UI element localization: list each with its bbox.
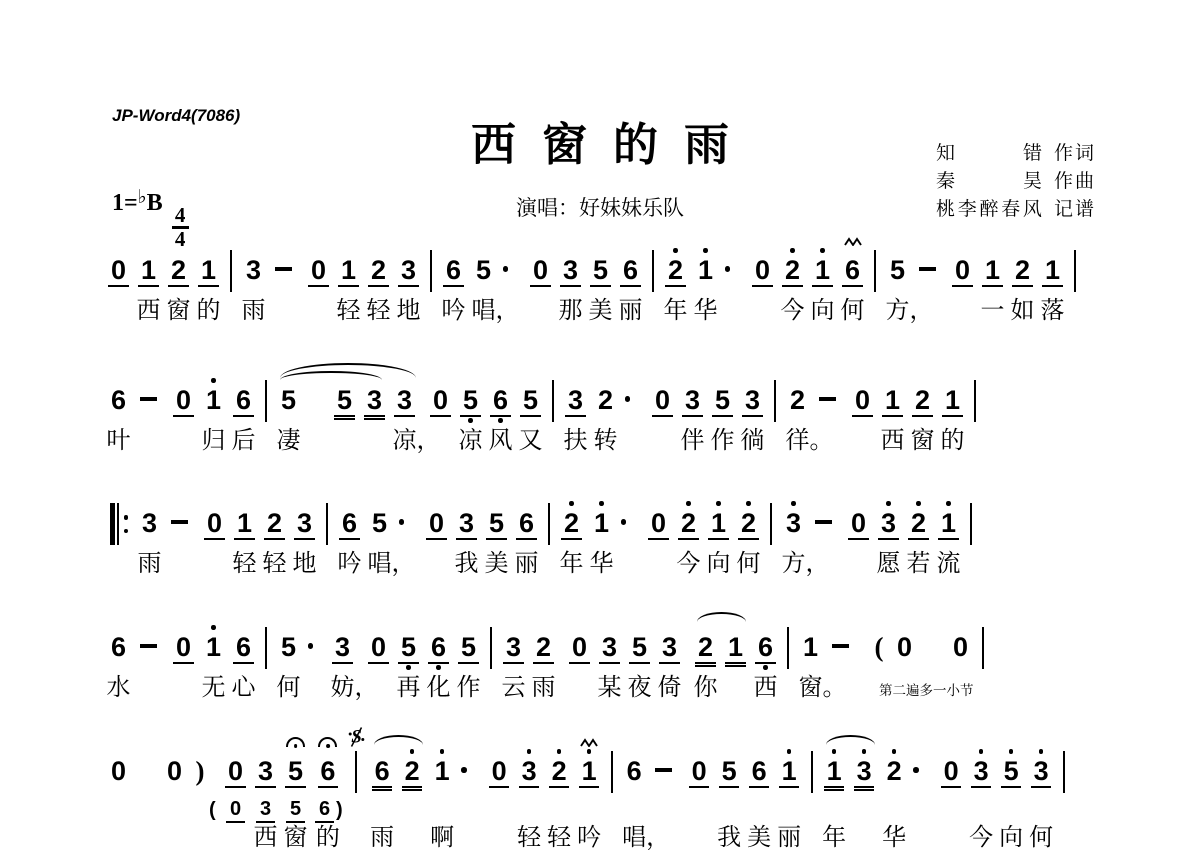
note: 1的 <box>940 361 965 456</box>
octave-above-zone <box>717 747 742 756</box>
glyph-zone: 3 <box>597 632 622 662</box>
glyph-zone: 2 <box>663 255 688 285</box>
glyph-zone: 0 <box>646 508 671 538</box>
octave-above-zone <box>313 747 343 756</box>
note-digit: 6 <box>755 632 775 664</box>
glyph-zone: 5 <box>276 385 301 415</box>
note-digit: 6 <box>490 385 510 417</box>
octave-above-zone <box>811 499 835 508</box>
glyph-zone <box>723 255 732 285</box>
glyph-zone: 5 <box>283 756 308 786</box>
glyph-zone: 5 <box>456 632 481 662</box>
lyric: 落 <box>1040 296 1065 326</box>
note: 5唱， <box>367 484 392 579</box>
rest-note: 0 <box>948 608 973 703</box>
barline-stroke <box>326 503 328 545</box>
note-digit: 0 <box>426 508 446 540</box>
note: 1窗。 <box>798 608 823 703</box>
note-digit: 2 <box>738 508 758 540</box>
octave-below-zone <box>892 662 917 673</box>
ornament-zone <box>563 361 588 376</box>
lyric: 你 <box>693 673 718 703</box>
barline <box>870 231 880 326</box>
alt-voice-zone <box>807 797 817 823</box>
ornament-zone <box>488 361 513 376</box>
note: 6叶 <box>106 361 131 456</box>
glyph-zone: ( <box>871 632 887 662</box>
note-digit: 3 <box>1031 756 1051 788</box>
octave-above-zone <box>454 499 479 508</box>
barline <box>322 484 332 579</box>
glyph-zone: 3 <box>558 255 583 285</box>
note-digit: 1 <box>942 385 962 417</box>
ornament-zone <box>1070 231 1080 246</box>
lyric <box>750 296 775 326</box>
note-digit: 5 <box>887 255 907 285</box>
note-digit: 1 <box>708 508 728 540</box>
note: 5美 <box>484 484 509 579</box>
lyric: 西 <box>253 823 278 850</box>
note: 3雨 <box>137 484 162 579</box>
note-digit: 1 <box>432 756 452 786</box>
ornament-zone <box>306 231 331 246</box>
lyric: 作 <box>710 426 735 456</box>
note-digit: 3 <box>599 632 619 664</box>
ornament-zone <box>544 484 554 499</box>
ornament-zone <box>471 231 496 246</box>
octave-above-zone <box>136 246 161 255</box>
octave-above-zone <box>430 747 455 756</box>
glyph-zone: 5 <box>396 632 421 662</box>
note: 1啊 <box>430 732 455 850</box>
octave-above-zone <box>693 623 718 632</box>
note-digit: 3 <box>456 508 476 540</box>
note-digit: 3 <box>560 255 580 287</box>
note-digit: 6 <box>842 255 862 287</box>
ornament-zone <box>262 484 287 499</box>
note-digit: 0 <box>652 385 672 417</box>
repeat-start-sign <box>106 484 132 579</box>
alt-voice-zone <box>430 797 455 823</box>
octave-above-zone <box>693 246 718 255</box>
ornament-zone <box>940 361 965 376</box>
octave-above-zone <box>777 747 802 756</box>
note: 3伴 <box>680 361 705 456</box>
octave-below-zone <box>167 538 191 549</box>
ornament-zone <box>717 732 742 747</box>
octave-below-zone <box>192 786 208 797</box>
note-digit: 3 <box>565 385 585 417</box>
lyric: 年 <box>663 296 688 326</box>
ornament-zone <box>780 231 805 246</box>
lyric: 水 <box>106 673 131 703</box>
note-digit: 5 <box>520 385 540 417</box>
lyric: 何 <box>736 549 761 579</box>
note: 2 <box>400 732 425 850</box>
octave-below-zone <box>912 786 921 797</box>
glyph-zone <box>486 632 496 662</box>
ornament-zone <box>970 361 980 376</box>
alt-voice-zone <box>852 797 877 823</box>
octave-dot-above <box>527 749 532 754</box>
octave-below-zone <box>137 538 162 549</box>
octave-dot-below <box>406 665 411 670</box>
note-digit: 0 <box>108 255 128 287</box>
glyph-zone: 6 <box>337 508 362 538</box>
glyph-zone: 6 <box>514 508 539 538</box>
lyric: 何 <box>276 673 301 703</box>
octave-dot-above <box>820 248 825 253</box>
glyph-zone <box>271 255 295 285</box>
ornament-zone <box>366 608 391 623</box>
octave-below-zone <box>136 415 160 426</box>
ornament-zone <box>1029 732 1054 747</box>
ornament-zone <box>231 361 256 376</box>
ornament-zone <box>652 732 676 747</box>
alt-voice-zone <box>999 797 1024 823</box>
lyric <box>567 673 592 703</box>
lyric <box>106 549 132 579</box>
note-digit: 2 <box>1012 255 1032 287</box>
dash-stroke <box>815 520 832 524</box>
lyric: 美 <box>484 549 509 579</box>
note-digit: 2 <box>368 255 388 287</box>
octave-below-zone <box>622 786 647 797</box>
glyph-zone: 5 <box>367 508 392 538</box>
glyph-zone: 2 <box>736 508 761 538</box>
note-digit: 2 <box>787 385 807 415</box>
ornament-zone <box>202 484 227 499</box>
glyph-zone: 6 <box>231 385 256 415</box>
score: 01西2窗1的3雨01轻2轻3地6吟5唱，03那5美6丽2年1华02今1向6何5… <box>0 0 1200 850</box>
barline-stroke <box>811 751 813 793</box>
glyph-zone: 3 <box>362 385 387 415</box>
octave-above-zone <box>488 376 513 385</box>
ornament-zone <box>397 484 406 499</box>
ornament-zone <box>588 231 613 246</box>
ornament-zone <box>980 231 1005 246</box>
note-digit: 3 <box>971 756 991 788</box>
glyph-zone: 3 <box>1029 756 1054 786</box>
octave-dot-above <box>916 501 921 506</box>
octave-above-zone <box>559 499 584 508</box>
glyph-zone: 0 <box>567 632 592 662</box>
note-digit: 3 <box>294 508 314 540</box>
octave-above-zone <box>940 376 965 385</box>
glyph-zone: 1 <box>777 756 802 786</box>
ornament-zone <box>589 484 614 499</box>
glyph-zone <box>167 508 191 538</box>
glyph-zone <box>136 385 160 415</box>
glyph-zone <box>106 508 132 538</box>
octave-above-zone <box>663 246 688 255</box>
note-digit: 0 <box>173 632 193 664</box>
lyric <box>424 549 449 579</box>
note-digit: 2 <box>665 255 685 287</box>
octave-dot-above <box>569 501 574 506</box>
octave-above-zone <box>623 376 632 385</box>
octave-above-zone <box>484 499 509 508</box>
lyric <box>807 823 817 850</box>
glyph-zone: 5 <box>458 385 483 415</box>
lyric: 向 <box>810 296 835 326</box>
octave-above-zone <box>680 376 705 385</box>
lyric: 唱， <box>622 823 647 850</box>
octave-below-zone <box>882 786 907 797</box>
glyph-zone: 2 <box>785 385 810 415</box>
alt-close-paren: ) <box>336 798 343 822</box>
note-digit: 2 <box>264 508 284 540</box>
glyph-zone: 2 <box>693 632 718 662</box>
rest-note: 0(0 <box>223 732 248 850</box>
barline-stroke <box>265 627 267 669</box>
octave-below-zone <box>162 786 187 797</box>
octave-below-zone <box>811 538 835 549</box>
rest-note: 0 <box>687 732 712 850</box>
glyph-zone: 2 <box>910 385 935 415</box>
lyric: 西 <box>880 426 905 456</box>
lyric: 风 <box>488 426 513 456</box>
note-digit: 1 <box>198 255 218 287</box>
glyph-zone <box>978 632 988 662</box>
barline <box>766 484 776 579</box>
glyph-zone: 3 <box>454 508 479 538</box>
barline-stroke <box>355 751 357 793</box>
lyric <box>939 823 964 850</box>
note: 6何 <box>840 231 865 326</box>
ornament-zone <box>517 732 542 747</box>
octave-above-zone <box>456 623 481 632</box>
note-digit: 3 <box>364 385 384 417</box>
lyric <box>136 673 160 703</box>
lyric <box>828 673 852 703</box>
note-digit: 1 <box>812 255 832 287</box>
rest-note: 0 <box>567 608 592 703</box>
barline <box>544 484 554 579</box>
note: 3扶 <box>563 361 588 456</box>
alt-note-digit: 5 <box>286 797 305 823</box>
octave-below-zone <box>693 285 718 296</box>
rest-note: 0 <box>650 361 675 456</box>
augmentation-dot <box>460 732 469 850</box>
dash-stroke <box>655 768 672 772</box>
glyph-zone: 6 <box>622 756 647 786</box>
ornament-zone <box>892 608 917 623</box>
ornament-zone <box>276 608 301 623</box>
glyph-zone: 1 <box>936 508 961 538</box>
glyph-zone: 5 <box>717 756 742 786</box>
ornament-zone <box>106 732 131 747</box>
glyph-zone <box>348 756 365 786</box>
note: 3方， <box>781 484 806 579</box>
note-digit: 0 <box>164 756 184 786</box>
ornament-zone <box>558 231 583 246</box>
lyric <box>650 426 675 456</box>
lyric <box>1070 296 1080 326</box>
alt-voice-zone <box>687 797 712 823</box>
octave-below-zone <box>471 285 496 296</box>
note-digit: 3 <box>742 385 762 417</box>
ornament-zone <box>966 484 976 499</box>
octave-above-zone <box>618 246 643 255</box>
note-digit: 3 <box>682 385 702 417</box>
octave-dot-above <box>599 501 604 506</box>
note-digit: 1 <box>800 632 820 662</box>
note-digit: 2 <box>782 255 802 287</box>
ornament-zone <box>501 608 526 623</box>
octave-above-zone <box>271 246 295 255</box>
ornament-zone <box>915 231 939 246</box>
octave-above-zone <box>396 623 421 632</box>
note-digit: 0 <box>848 508 868 540</box>
octave-below-zone <box>306 662 315 673</box>
barline-stroke <box>874 250 876 292</box>
glyph-zone: 1 <box>706 508 731 538</box>
glyph-zone: 5 <box>710 385 735 415</box>
lyric <box>171 673 196 703</box>
lyric <box>646 549 671 579</box>
octave-above-zone <box>747 747 772 756</box>
glyph-zone: 3 <box>969 756 994 786</box>
glyph-zone: 2 <box>676 508 701 538</box>
octave-dot-above <box>673 248 678 253</box>
ornament-zone <box>136 608 160 623</box>
note-digit: 6 <box>318 756 338 788</box>
octave-above-zone <box>136 376 160 385</box>
glyph-zone: 2 <box>531 632 556 662</box>
glyph-zone <box>828 632 852 662</box>
barline <box>1059 732 1069 850</box>
lyric: 伴 <box>680 426 705 456</box>
ornament-zone <box>663 231 688 246</box>
ornament-zone <box>106 361 131 376</box>
octave-above-zone <box>810 246 835 255</box>
rest-note: 0 <box>646 484 671 579</box>
ornament-zone <box>528 231 553 246</box>
glyph-zone: 3 <box>292 508 317 538</box>
lyric: 那 <box>558 296 583 326</box>
glyph-zone <box>619 508 628 538</box>
note: 3云 <box>501 608 526 703</box>
lyric <box>966 549 976 579</box>
note-digit: 2 <box>884 756 904 786</box>
octave-above-zone <box>137 499 162 508</box>
note-digit: 5 <box>285 756 305 788</box>
lyric: 何 <box>1029 823 1054 850</box>
lyric: 今 <box>676 549 701 579</box>
lyric <box>348 823 365 850</box>
note: 2今 <box>780 231 805 326</box>
lyric: 归 <box>201 426 226 456</box>
note: 6后 <box>231 361 256 456</box>
lyric <box>332 426 357 456</box>
note: 3雨 <box>241 231 266 326</box>
lyric: 西 <box>136 296 161 326</box>
glyph-zone: 2 <box>366 255 391 285</box>
lyric <box>548 426 558 456</box>
lyric <box>171 426 196 456</box>
note-digit: 0 <box>852 385 872 417</box>
octave-above-zone <box>428 376 453 385</box>
glyph-zone: 1 <box>723 632 748 662</box>
glyph-zone: 6 <box>441 255 466 285</box>
ornament-zone <box>514 484 539 499</box>
glyph-zone <box>783 632 793 662</box>
sheet-music-page: JP-Word4(7086) 西窗的雨 演唱：好妹妹乐队 知错作词秦昊作曲桃李醉… <box>0 0 1200 850</box>
lyric: 徉。 <box>785 426 810 456</box>
alt-voice-zone <box>652 797 676 823</box>
octave-below-zone <box>781 538 806 549</box>
note: 5作 <box>456 608 481 703</box>
ornament-zone <box>648 231 658 246</box>
ornament-zone <box>950 231 975 246</box>
note-digit: 0 <box>173 385 193 417</box>
ornament-zone <box>292 484 317 499</box>
note: 1轻 <box>336 231 361 326</box>
ornament-zone <box>1010 231 1035 246</box>
octave-dot-above <box>862 749 867 754</box>
octave-below-zone <box>885 285 910 296</box>
note: 6丽 <box>514 484 539 579</box>
lyric <box>322 549 332 579</box>
glyph-zone: 6 <box>313 756 343 786</box>
glyph-zone <box>770 385 780 415</box>
note-digit: 5 <box>460 385 480 417</box>
lyric: 夜 <box>627 673 652 703</box>
alt-voice-zone <box>370 797 395 823</box>
lyric <box>948 673 973 703</box>
glyph-zone: 0 <box>687 756 712 786</box>
glyph-zone: 0 <box>948 632 973 662</box>
ornament-zone <box>969 732 994 747</box>
octave-below-zone <box>915 285 939 296</box>
lyric <box>623 426 632 456</box>
augmentation-dot <box>623 361 632 456</box>
ornament-zone <box>226 231 236 246</box>
alt-voice-zone <box>192 797 208 823</box>
note-digit: 6 <box>749 756 769 788</box>
octave-below-zone <box>276 415 301 426</box>
glyph-zone: 3 <box>501 632 526 662</box>
ornament-zone <box>706 484 731 499</box>
ornament-zone <box>906 484 931 499</box>
note-digit: 2 <box>402 756 422 788</box>
lyric <box>815 426 839 456</box>
ornament-zone <box>261 608 271 623</box>
glyph-zone: 0 <box>846 508 871 538</box>
ornament-zone <box>871 608 887 623</box>
glyph-zone: 5 <box>999 756 1024 786</box>
lyric <box>162 823 187 850</box>
note-digit: 5 <box>334 385 354 417</box>
note-digit: 1 <box>1042 255 1062 287</box>
octave-below-zone <box>948 662 973 673</box>
glyph-zone: 1 <box>798 632 823 662</box>
note: 2轻 <box>262 484 287 579</box>
augmentation-dot-glyph <box>503 266 509 272</box>
octave-above-zone <box>650 376 675 385</box>
octave-dot-above <box>440 749 445 754</box>
octave-above-zone <box>514 499 539 508</box>
duration-dash <box>652 732 676 850</box>
repeat-dot <box>124 515 129 520</box>
ornament-zone <box>171 361 196 376</box>
octave-above-zone <box>202 499 227 508</box>
segno-icon: S <box>348 726 365 748</box>
note: 1向 <box>706 484 731 579</box>
glyph-zone: 0 <box>171 385 196 415</box>
ornament-zone <box>456 608 481 623</box>
